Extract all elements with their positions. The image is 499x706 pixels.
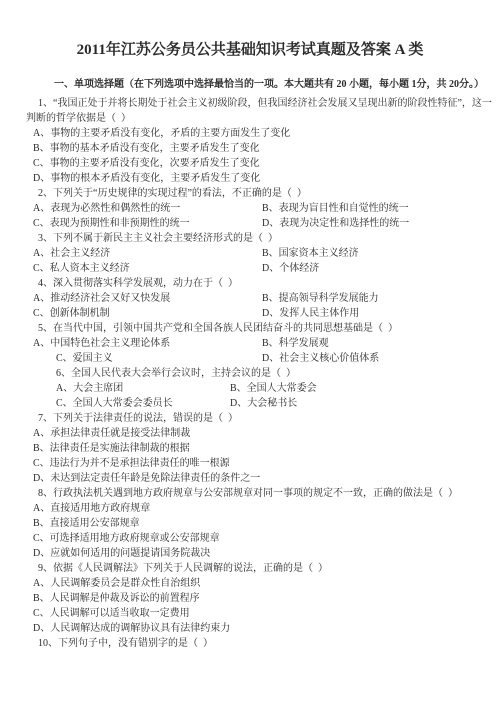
question-4-option-c: C、创新体制机制 <box>33 306 262 321</box>
question-1-option-a: A、事物的主要矛盾没有变化，矛盾的主要方面发生了变化 <box>26 126 474 141</box>
question-1-stem-cont: 判断的哲学依据是（ ） <box>26 111 474 126</box>
page-title: 2011年江苏公务员公共基础知识考试真题及答案 A 类 <box>26 40 474 60</box>
question-7-option-c: C、违法行为并不是承担法律责任的唯一根源 <box>26 456 474 471</box>
question-9-option-c: C、人民调解可以适当收取一定费用 <box>26 606 474 621</box>
question-8-option-b: B、直接适用公安部规章 <box>26 516 474 531</box>
question-6-options-row-1: A、大会主席团B、全国人大常委会 <box>26 381 474 396</box>
question-8-option-d: D、应就如何适用的问题提请国务院裁决 <box>26 546 474 561</box>
question-2-option-a: A、表现为必然性和偶然性的统一 <box>33 201 262 216</box>
question-6-option-d: D、大会秘书长 <box>230 398 297 409</box>
section-heading: 一、单项选择题（在下列选项中选择最恰当的一项。本大题共有 20 小题，每小题 1… <box>26 77 474 92</box>
question-6-stem: 6、全国人民代表大会举行会议时，主持会议的是（ ） <box>26 366 474 381</box>
question-2-option-d: D、表现为决定性和选择性的统一 <box>262 218 409 229</box>
question-5-stem: 5、在当代中国，引领中国共产党和全国各族人民团结奋斗的共同思想基础是（ ） <box>26 321 474 336</box>
question-1-option-b: B、事物的基本矛盾没有变化，主要矛盾发生了变化 <box>26 141 474 156</box>
question-9-option-a: A、人民调解委员会是群众性自治组织 <box>26 576 474 591</box>
question-6-option-c: C、全国人大常委会委员长 <box>56 396 230 411</box>
question-5-option-a: A、中国特色社会主义理论体系 <box>33 336 262 351</box>
question-10-stem: 10、下列句子中，没有错别字的是（ ） <box>26 636 474 651</box>
question-3-option-b: B、国家资本主义经济 <box>262 248 359 259</box>
question-7-option-b: B、法律责任是实施法律制裁的根据 <box>26 441 474 456</box>
question-6-options-row-2: C、全国人大常委会委员长D、大会秘书长 <box>26 396 474 411</box>
question-7-option-d: D、未达到法定责任年龄是免除法律责任的条件之一 <box>26 471 474 486</box>
question-7-option-a: A、承担法律责任就是接受法律制裁 <box>26 426 474 441</box>
question-5-option-c: C、爱国主义 <box>56 351 262 366</box>
question-6-option-a: A、大会主席团 <box>56 381 230 396</box>
question-4-option-d: D、发挥人民主体作用 <box>262 308 359 319</box>
question-2-option-b: B、表现为盲目性和自觉性的统一 <box>262 203 409 214</box>
question-4-options-row-2: C、创新体制机制D、发挥人民主体作用 <box>26 306 474 321</box>
question-2-options-row-2: C、表现为预期性和非预期性的统一D、表现为决定性和选择性的统一 <box>26 216 474 231</box>
question-5-option-d: D、社会主义核心价值体系 <box>262 353 379 364</box>
question-4-stem: 4、深入贯彻落实科学发展观，动力在于（ ） <box>26 276 474 291</box>
questions-list: 1、“我国正处于并将长期处于社会主义初级阶段，但我国经济社会发展又呈现出新的阶段… <box>26 96 474 651</box>
exam-document: 2011年江苏公务员公共基础知识考试真题及答案 A 类 一、单项选择题（在下列选… <box>0 0 499 651</box>
question-8-option-a: A、直接适用地方政府规章 <box>26 501 474 516</box>
question-2-options-row-1: A、表现为必然性和偶然性的统一B、表现为盲目性和自觉性的统一 <box>26 201 474 216</box>
question-5-options-row-1: A、中国特色社会主义理论体系B、科学发展观 <box>26 336 474 351</box>
question-5-option-b: B、科学发展观 <box>262 338 329 349</box>
question-3-option-d: D、个体经济 <box>262 263 319 274</box>
question-8-option-c: C、可选择适用地方政府规章或公安部规章 <box>26 531 474 546</box>
question-1-option-c: C、事物的主要矛盾没有变化，次要矛盾发生了变化 <box>26 156 474 171</box>
question-4-option-b: B、提高领导科学发展能力 <box>262 293 379 304</box>
question-9-option-d: D、人民调解达成的调解协议具有法律约束力 <box>26 621 474 636</box>
question-7-stem: 7、下列关于法律责任的说法，错误的是（ ） <box>26 411 474 426</box>
question-6-option-b: B、全国人大常委会 <box>230 383 317 394</box>
question-8-stem: 8、行政执法机关遇到地方政府规章与公安部规章对同一事项的规定不一致，正确的做法是… <box>26 486 474 501</box>
question-9-option-b: B、人民调解是仲裁及诉讼的前置程序 <box>26 591 474 606</box>
question-5-options-row-2: C、爱国主义D、社会主义核心价值体系 <box>26 351 474 366</box>
question-9-stem: 9、依据《人民调解法》下列关于人民调解的说法，正确的是（ ） <box>26 561 474 576</box>
question-4-options-row-1: A、推动经济社会又好又快发展B、提高领导科学发展能力 <box>26 291 474 306</box>
question-3-options-row-1: A、社会主义经济B、国家资本主义经济 <box>26 246 474 261</box>
question-1-option-d: D、事物的根本矛盾没有变化，主要矛盾发生了变化 <box>26 171 474 186</box>
question-3-options-row-2: C、私人资本主义经济D、个体经济 <box>26 261 474 276</box>
question-4-option-a: A、推动经济社会又好又快发展 <box>33 291 262 306</box>
question-3-option-c: C、私人资本主义经济 <box>33 261 262 276</box>
question-1-stem: 1、“我国正处于并将长期处于社会主义初级阶段，但我国经济社会发展又呈现出新的阶段… <box>26 96 474 111</box>
question-2-stem: 2、下列关于“历史规律的实现过程”的看法，不正确的是（ ） <box>26 186 474 201</box>
question-2-option-c: C、表现为预期性和非预期性的统一 <box>33 216 262 231</box>
question-3-stem: 3、下列不属于新民主主义社会主要经济形式的是（ ） <box>26 231 474 246</box>
question-3-option-a: A、社会主义经济 <box>33 246 262 261</box>
